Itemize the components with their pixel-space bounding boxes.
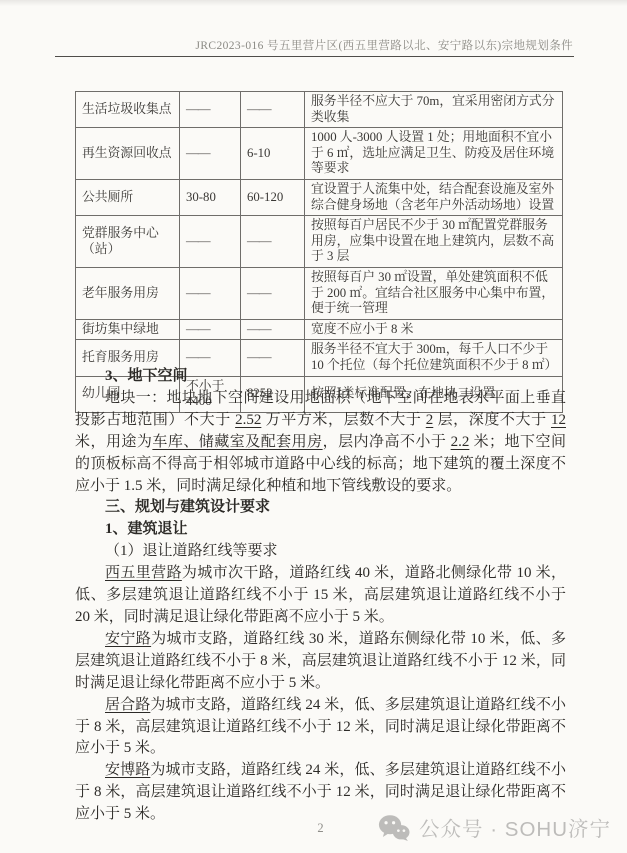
heading-underground-space: 3、地下空间 bbox=[75, 366, 566, 388]
table-cell: —— bbox=[241, 319, 305, 340]
document-page: { "header": { "title": "JRC2023-016 号五里营… bbox=[0, 0, 627, 853]
table-cell: —— bbox=[241, 92, 305, 128]
requirement-cell: 按照每百户居民不少于 30 ㎡配置党群服务用房，应集中设置在地上建筑内，层数不高… bbox=[305, 216, 563, 268]
document-body: 3、地下空间 地块一：地块地下空间建设用地面积（地下空间在地表水平面上垂直投影占… bbox=[75, 366, 566, 826]
facility-name-cell: 老年服务用房 bbox=[76, 267, 180, 319]
table-row: 再生资源回收点 —— 6-10 1000 人-3000 人设置 1 处；用地面积… bbox=[76, 128, 563, 180]
paragraph-underground: 地块一：地块地下空间建设用地面积（地下空间在地表水平面上垂直投影占地范围）不大于… bbox=[75, 388, 566, 498]
table-cell: 60-120 bbox=[241, 179, 305, 215]
facility-name-cell: 生活垃圾收集点 bbox=[76, 92, 180, 128]
table-cell: —— bbox=[180, 319, 241, 340]
paragraph-road-juhe: 居合路为城市支路，道路红线 24 米，低、多层建筑退让道路红线不小于 8 米，高… bbox=[75, 695, 566, 761]
document-header-title: JRC2023-016 号五里营片区(西五里营路以北、安宁路以东)宗地规划条件 bbox=[55, 37, 573, 53]
table-cell: 30-80 bbox=[180, 179, 241, 215]
table-cell: —— bbox=[180, 267, 241, 319]
header-divider-rule bbox=[55, 56, 574, 57]
heading-building-setback: 1、建筑退让 bbox=[75, 519, 566, 541]
requirement-cell: 1000 人-3000 人设置 1 处；用地面积不宜小于 6 ㎡，选址应满足卫生… bbox=[305, 128, 563, 180]
requirement-cell: 宽度不应小于 8 米 bbox=[305, 319, 563, 340]
table-row: 街坊集中绿地 —— —— 宽度不应小于 8 米 bbox=[76, 319, 563, 340]
table-cell: 6-10 bbox=[241, 128, 305, 180]
requirement-cell: 按照每百户 30 ㎡设置，单处建筑面积不低于 200 ㎡。宜结合社区服务中心集中… bbox=[305, 267, 563, 319]
paragraph-road-xiwuliying: 西五里营路为城市次干路，道路红线 40 米，道路北侧绿化带 10 米，低、多层建… bbox=[75, 563, 566, 629]
table-cell: —— bbox=[180, 128, 241, 180]
table-cell: —— bbox=[180, 216, 241, 268]
table-row: 老年服务用房 —— —— 按照每百户 30 ㎡设置，单处建筑面积不低于 200 … bbox=[76, 267, 563, 319]
requirement-cell: 宜设置于人流集中处，结合配套设施及室外综合健身场地（含老年户外活动场地）设置 bbox=[305, 179, 563, 215]
table-cell: —— bbox=[180, 92, 241, 128]
facilities-table: 生活垃圾收集点 —— —— 服务半径不应大于 70m，宜采用密闭方式分类收集 再… bbox=[75, 91, 563, 413]
heading-planning-design: 三、规划与建筑设计要求 bbox=[75, 497, 566, 519]
wechat-icon bbox=[378, 814, 410, 841]
table-cell: —— bbox=[241, 216, 305, 268]
watermark: 公众号 · SOHU济宁 bbox=[378, 812, 611, 842]
watermark-text: 公众号 · SOHU济宁 bbox=[419, 812, 611, 842]
facility-name-cell: 街坊集中绿地 bbox=[76, 319, 180, 340]
table-cell: —— bbox=[241, 267, 305, 319]
paragraph-redline-item: （1）退让道路红线等要求 bbox=[75, 541, 566, 563]
scan-edge-shading bbox=[0, 0, 627, 6]
table-row: 党群服务中心（站） —— —— 按照每百户居民不少于 30 ㎡配置党群服务用房，… bbox=[76, 216, 563, 268]
table-row: 生活垃圾收集点 —— —— 服务半径不应大于 70m，宜采用密闭方式分类收集 bbox=[76, 92, 563, 128]
paragraph-road-anning: 安宁路为城市支路，道路红线 30 米，道路东侧绿化带 10 米，低、多层建筑退让… bbox=[75, 629, 566, 695]
requirement-cell: 服务半径不应大于 70m，宜采用密闭方式分类收集 bbox=[305, 92, 563, 128]
table-row: 公共厕所 30-80 60-120 宜设置于人流集中处，结合配套设施及室外综合健… bbox=[76, 179, 563, 215]
facility-name-cell: 再生资源回收点 bbox=[76, 128, 180, 180]
facility-name-cell: 党群服务中心（站） bbox=[76, 216, 180, 268]
facility-name-cell: 公共厕所 bbox=[76, 179, 180, 215]
